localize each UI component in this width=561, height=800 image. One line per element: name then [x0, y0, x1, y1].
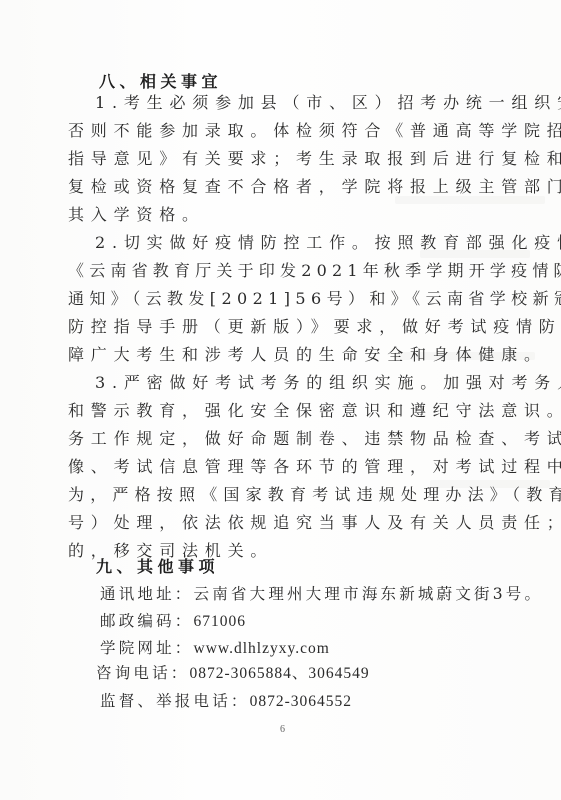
contact-website: 学院网址：www.dlhlzyxy.com — [100, 638, 330, 659]
report-phone-label: 监督、举报电话： — [100, 692, 250, 710]
document-page: 八、相关事宜 1.考生必须参加县（市、区）招考办统一组织安排的体检， 否则不能参… — [0, 0, 561, 800]
website-label: 学院网址： — [100, 639, 194, 657]
text-line: 障广大考生和涉考人员的生命安全和身体健康。 — [68, 345, 547, 365]
show-through-artifact — [395, 196, 545, 204]
text-line: 否则不能参加录取。体检须符合《普通高等学院招生体检工作 — [68, 121, 561, 141]
text-line: 1.考生必须参加县（市、区）招考办统一组织安排的体检， — [95, 93, 561, 113]
text-line: 复检或资格复查不合格者，学院将报上级主管部门批准，取消 — [68, 177, 561, 197]
text-line: 2.切实做好疫情防控工作。按照教育部强化疫情防控措施和 — [95, 233, 561, 253]
contact-address: 通讯地址：云南省大理州大理市海东新城蔚文街3号。 — [100, 584, 543, 604]
text-line: 和警示教育，强化安全保密意识和遵纪守法意识。严格执行考 — [68, 401, 561, 421]
text-line: 号）处理，依法依规追究当事人及有关人员责任；情节严重 — [68, 513, 561, 533]
address-label: 通讯地址： — [100, 585, 194, 603]
text-line: 为，严格按照《国家教育考试违规处理办法》（教育部令第33 — [68, 485, 561, 505]
postcode-value: 671006 — [194, 613, 247, 630]
text-line: 通知》（云教发[2021]56号）和》《云南省学校新冠肺炎疫情 — [68, 289, 561, 309]
text-line: 指导意见》有关要求；考生录取报到后进行复检和资格复查， — [68, 149, 561, 169]
report-phone-value: 0872-3064552 — [250, 693, 352, 710]
text-line: 3.严密做好考试考务的组织实施。加强对考务人员岗前培训 — [95, 373, 561, 393]
contact-phone: 咨询电话：0872-3065884、3064549 — [96, 663, 370, 684]
text-line: 像、考试信息管理等各环节的管理，对考试过程中的违规行 — [68, 457, 561, 477]
page-number: 6 — [280, 724, 285, 735]
section-heading-9: 九、其他事项 — [96, 557, 219, 577]
text-line: 其入学资格。 — [68, 205, 205, 225]
contact-postcode: 邮政编码：671006 — [100, 611, 246, 632]
phone-value: 0872-3065884、3064549 — [190, 665, 370, 682]
phone-label: 咨询电话： — [96, 664, 190, 682]
section-heading-8: 八、相关事宜 — [99, 72, 222, 92]
postcode-label: 邮政编码： — [100, 612, 194, 630]
text-line: 防控指导手册（更新版）》要求，做好考试疫情防控工作，保 — [68, 317, 561, 337]
text-line: 《云南省教育厅关于印发2021年秋季学期开学疫情防控措施的 — [68, 261, 561, 281]
contact-report-phone: 监督、举报电话：0872-3064552 — [100, 691, 352, 712]
address-value: 云南省大理州大理市海东新城蔚文街3号。 — [194, 585, 544, 603]
website-link[interactable]: www.dlhlzyxy.com — [194, 640, 330, 657]
text-line: 务工作规定，做好命题制卷、违禁物品检查、考试过程录音录 — [68, 429, 561, 449]
